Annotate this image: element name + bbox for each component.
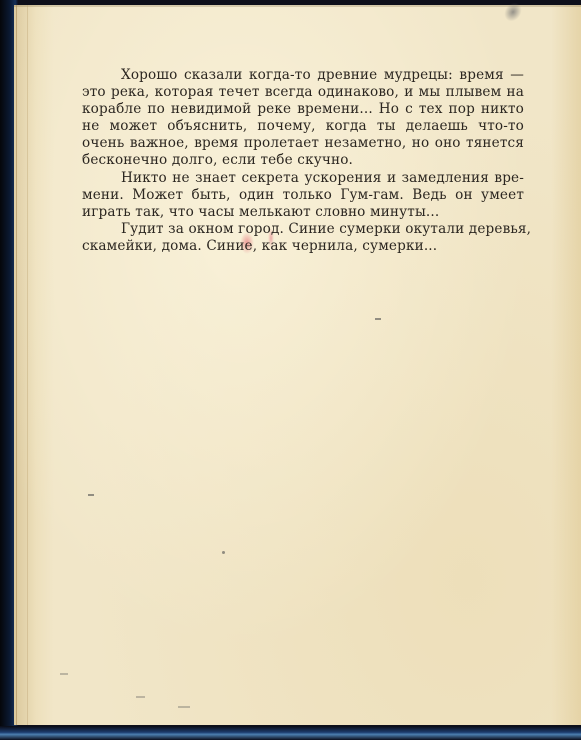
text-line: скамейки, дома. Синие, как чернила, суме… <box>82 238 524 255</box>
text-line: корабле по невидимой реке времени... Но … <box>82 101 524 118</box>
page-edge <box>16 5 28 725</box>
paragraph-3: Гудит за окном город. Синие сумерки окут… <box>82 221 524 255</box>
text-line: очень важное, время пролетает незаметно,… <box>82 135 524 152</box>
text-line: Хорошо сказали когда-то древние мудрецы:… <box>82 67 524 84</box>
paper-speck <box>136 696 145 698</box>
paper-speck <box>222 551 225 554</box>
text-line: Никто не знает секрета ускорения и замед… <box>82 170 524 187</box>
book-binding-bottom <box>0 726 581 740</box>
body-text: Хорошо сказали когда-то древние мудрецы:… <box>82 67 524 255</box>
text-line: бесконечно долго, если тебе скучно. <box>82 152 524 169</box>
text-line: не может объяснить, почему, когда ты дел… <box>82 118 524 135</box>
paper-speck <box>88 494 94 496</box>
paragraph-2: Никто не знает секрета ускорения и замед… <box>82 170 524 221</box>
text-line: мени. Может быть, один только Гум-гам. В… <box>82 187 524 204</box>
text-line: играть так, что часы мелькают словно мин… <box>82 204 524 221</box>
paragraph-1: Хорошо сказали когда-то древние мудрецы:… <box>82 67 524 170</box>
paper-speck <box>60 673 68 675</box>
text-line: это река, которая течет всегда одинаково… <box>82 84 524 101</box>
paper-speck <box>178 706 190 708</box>
text-line: Гудит за окном город. Синие сумерки окут… <box>82 221 524 238</box>
paper-speck <box>375 318 381 320</box>
